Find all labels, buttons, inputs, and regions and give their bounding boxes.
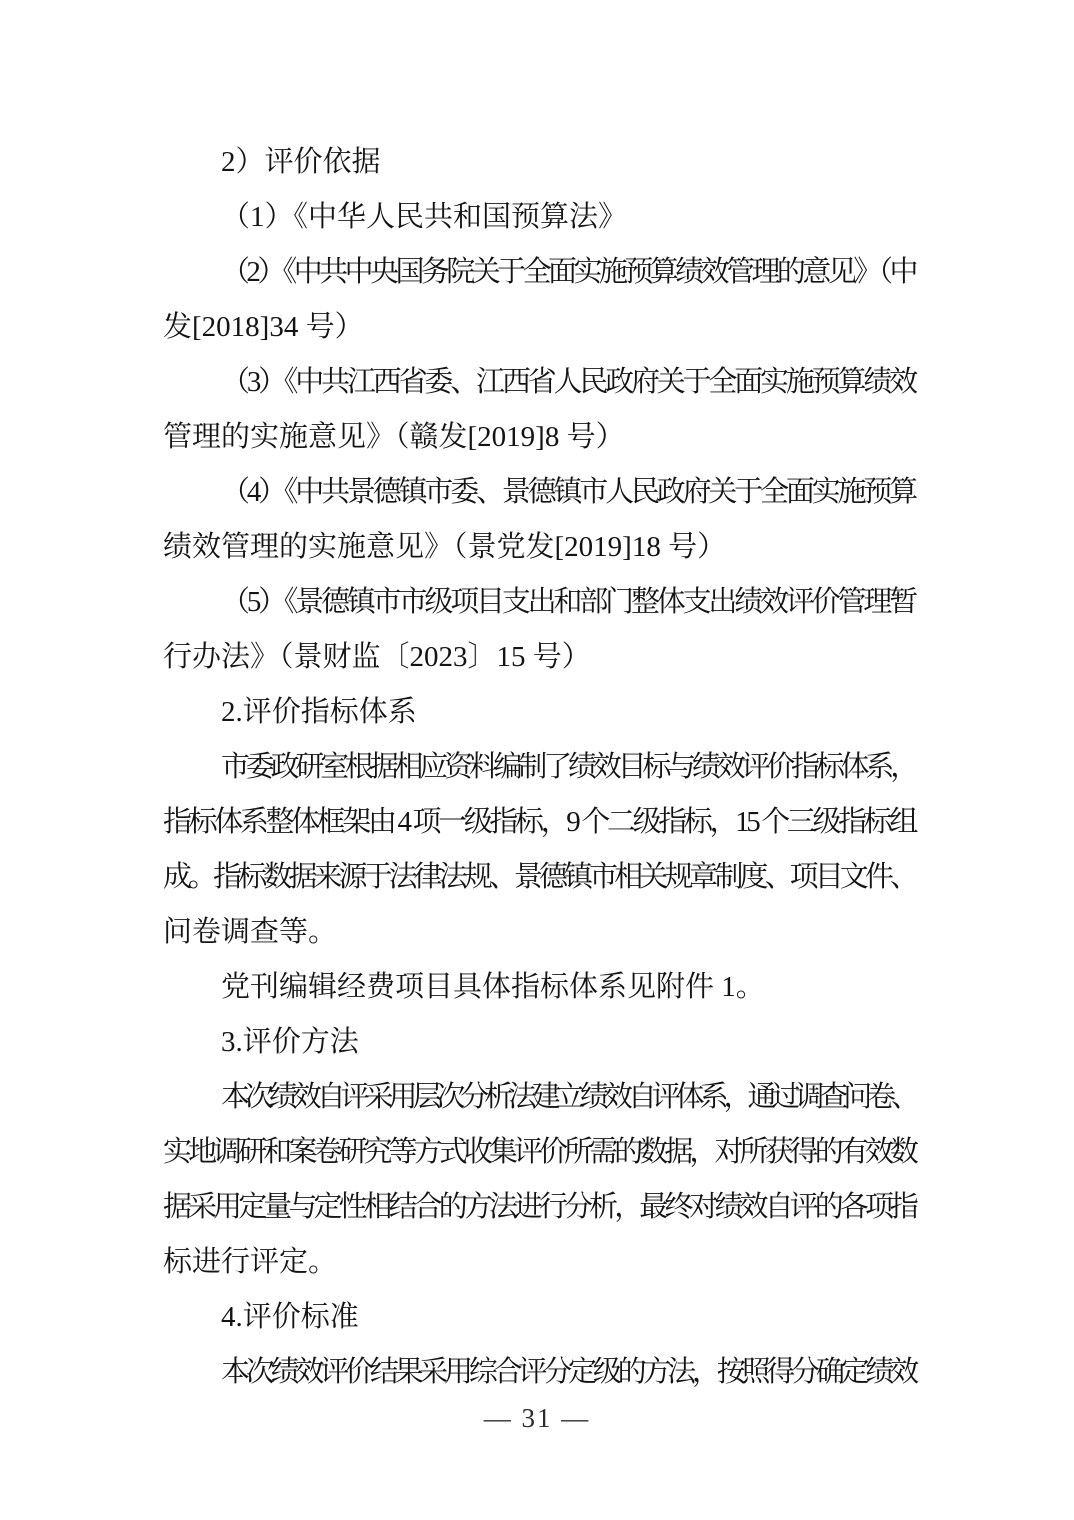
body-text-line: 标进行评定。: [163, 1235, 915, 1290]
body-text-line: 发[2018]34 号）: [163, 300, 915, 355]
body-text-line: 绩效管理的实施意见》（景党发[2019]18 号）: [163, 520, 915, 575]
body-text-line: （5）《景德镇市市级项目支出和部门整体支出绩效评价管理暂: [163, 575, 915, 630]
body-text-line: 本次绩效自评采用层次分析法建立绩效自评体系，通过调查问卷、: [163, 1070, 915, 1125]
document-page: 2）评价依据 （1）《中华人民共和国预算法》 （2）《中共中央国务院关于全面实施…: [0, 0, 1074, 1520]
body-text-line: （3）《中共江西省委、江西省人民政府关于全面实施预算绩效: [163, 355, 915, 410]
body-text-line: 行办法》（景财监〔2023〕15 号）: [163, 630, 915, 685]
subsection-heading-line: 2）评价依据: [163, 135, 915, 190]
body-text-line: （1）《中华人民共和国预算法》: [163, 190, 915, 245]
body-text-line: 成。指标数据来源于法律法规、景德镇市相关规章制度、项目文件、: [163, 850, 915, 905]
document-body: 2）评价依据 （1）《中华人民共和国预算法》 （2）《中共中央国务院关于全面实施…: [163, 135, 915, 1400]
body-text-line: （4）《中共景德镇市委、景德镇市人民政府关于全面实施预算: [163, 465, 915, 520]
page-number: — 31 —: [0, 1396, 1074, 1440]
section-heading-line: 4.评价标准: [163, 1290, 915, 1345]
body-text-line: 据采用定量与定性相结合的方法进行分析，最终对绩效自评的各项指: [163, 1180, 915, 1235]
body-text-line: 党刊编辑经费项目具体指标体系见附件 1。: [163, 960, 915, 1015]
section-heading-line: 2.评价指标体系: [163, 685, 915, 740]
body-text-line: （2）《中共中央国务院关于全面实施预算绩效管理的意见》（中: [163, 245, 915, 300]
section-heading-line: 3.评价方法: [163, 1015, 915, 1070]
body-text-line: 市委政研室根据相应资料编制了绩效目标与绩效评价指标体系，: [163, 740, 915, 795]
body-text-line: 管理的实施意见》（赣发[2019]8 号）: [163, 410, 915, 465]
body-text-line: 本次绩效评价结果采用综合评分定级的方法，按照得分确定绩效: [163, 1345, 915, 1400]
body-text-line: 指标体系整体框架由 4 项一级指标，9 个二级指标，15 个三级指标组: [163, 795, 915, 850]
body-text-line: 实地调研和案卷研究等方式收集评价所需的数据，对所获得的有效数: [163, 1125, 915, 1180]
body-text-line: 问卷调查等。: [163, 905, 915, 960]
